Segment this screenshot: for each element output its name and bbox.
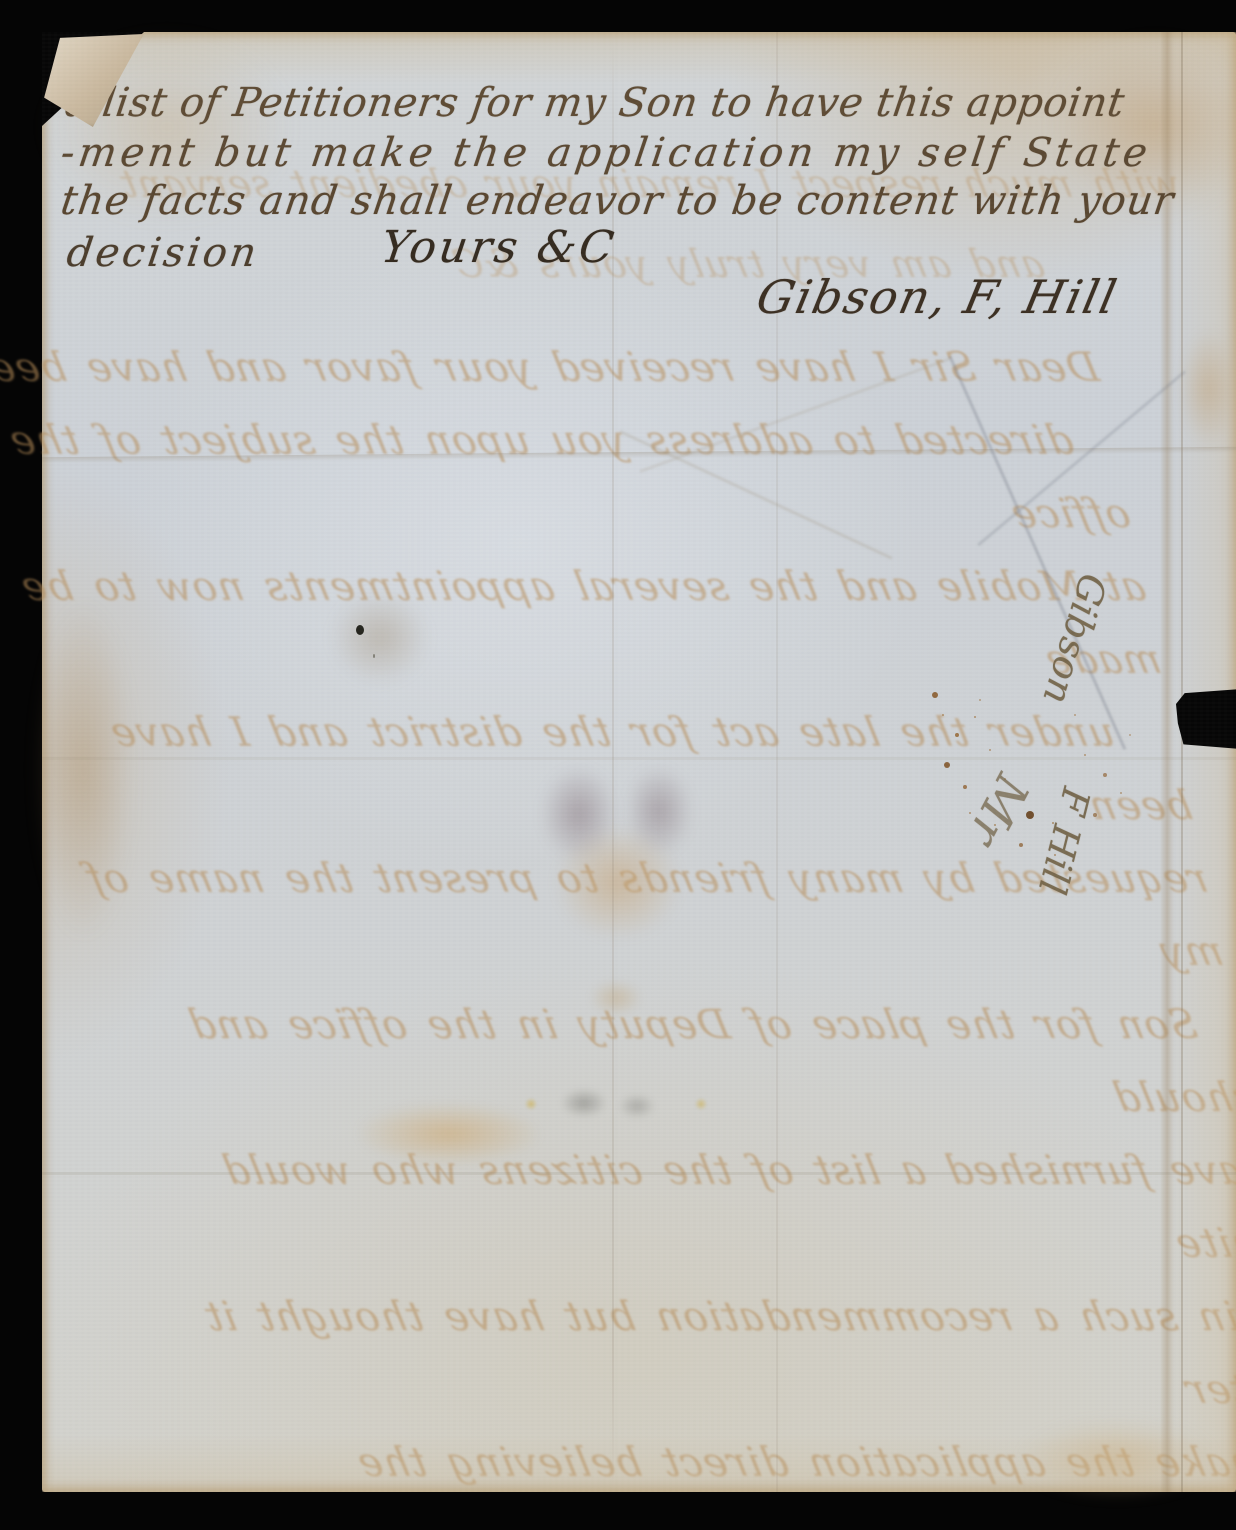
stain-dot bbox=[695, 1098, 707, 1110]
stain-dot bbox=[525, 1098, 537, 1110]
smudge bbox=[618, 1093, 656, 1119]
stain-blob bbox=[360, 1104, 538, 1164]
letter-text-line: -ment but make the application my self S… bbox=[58, 130, 1154, 176]
verso-docket-text: F Hill bbox=[1030, 783, 1099, 898]
stain-blob bbox=[540, 765, 618, 863]
scan-background: with much respect I remain your obedient… bbox=[0, 0, 1236, 1530]
stain-blob bbox=[34, 600, 134, 940]
signature: Gibson, F, Hill bbox=[752, 270, 1123, 324]
wrinkle-crease bbox=[977, 370, 1186, 546]
stain-blob bbox=[590, 980, 642, 1016]
verso-docket-text: Gibson bbox=[1034, 569, 1115, 710]
stain-blob bbox=[554, 825, 682, 940]
vertical-fold-crease bbox=[1160, 32, 1174, 1492]
horizontal-fold-crease bbox=[42, 1172, 1236, 1175]
stain-blob bbox=[625, 765, 693, 857]
horizontal-fold-crease bbox=[42, 757, 1236, 760]
letter-closing: Yours &C bbox=[378, 222, 620, 273]
letter-text-line: decision bbox=[64, 230, 262, 276]
ink-speck bbox=[356, 625, 364, 635]
stain-blob bbox=[330, 590, 430, 685]
stain-wash bbox=[42, 32, 1236, 84]
horizontal-fold-crease bbox=[42, 447, 1236, 463]
stain-wash bbox=[42, 1434, 1236, 1492]
letter-text-line: a list of Petitioners for my Son to have… bbox=[62, 80, 1127, 126]
vertical-fold-crease bbox=[776, 32, 778, 1492]
stain-blob bbox=[1020, 1420, 1215, 1498]
letter-page: with much respect I remain your obedient… bbox=[42, 32, 1236, 1492]
wrinkle-crease bbox=[639, 357, 950, 473]
wrinkle-crease bbox=[619, 430, 892, 560]
torn-hole bbox=[1176, 688, 1236, 752]
smudge bbox=[560, 1088, 608, 1118]
foxing-spots bbox=[932, 692, 938, 698]
verso-docket-text: Mr bbox=[956, 765, 1039, 855]
stain-blob bbox=[1180, 330, 1236, 448]
ink-bleedthrough-texture: Dear Sir I have received your favor and … bbox=[0, 332, 1236, 1490]
vertical-fold-crease bbox=[1181, 32, 1183, 1492]
stain-wash bbox=[1168, 32, 1236, 1492]
letter-text-line: the facts and shall endeavor to be conte… bbox=[58, 178, 1177, 224]
